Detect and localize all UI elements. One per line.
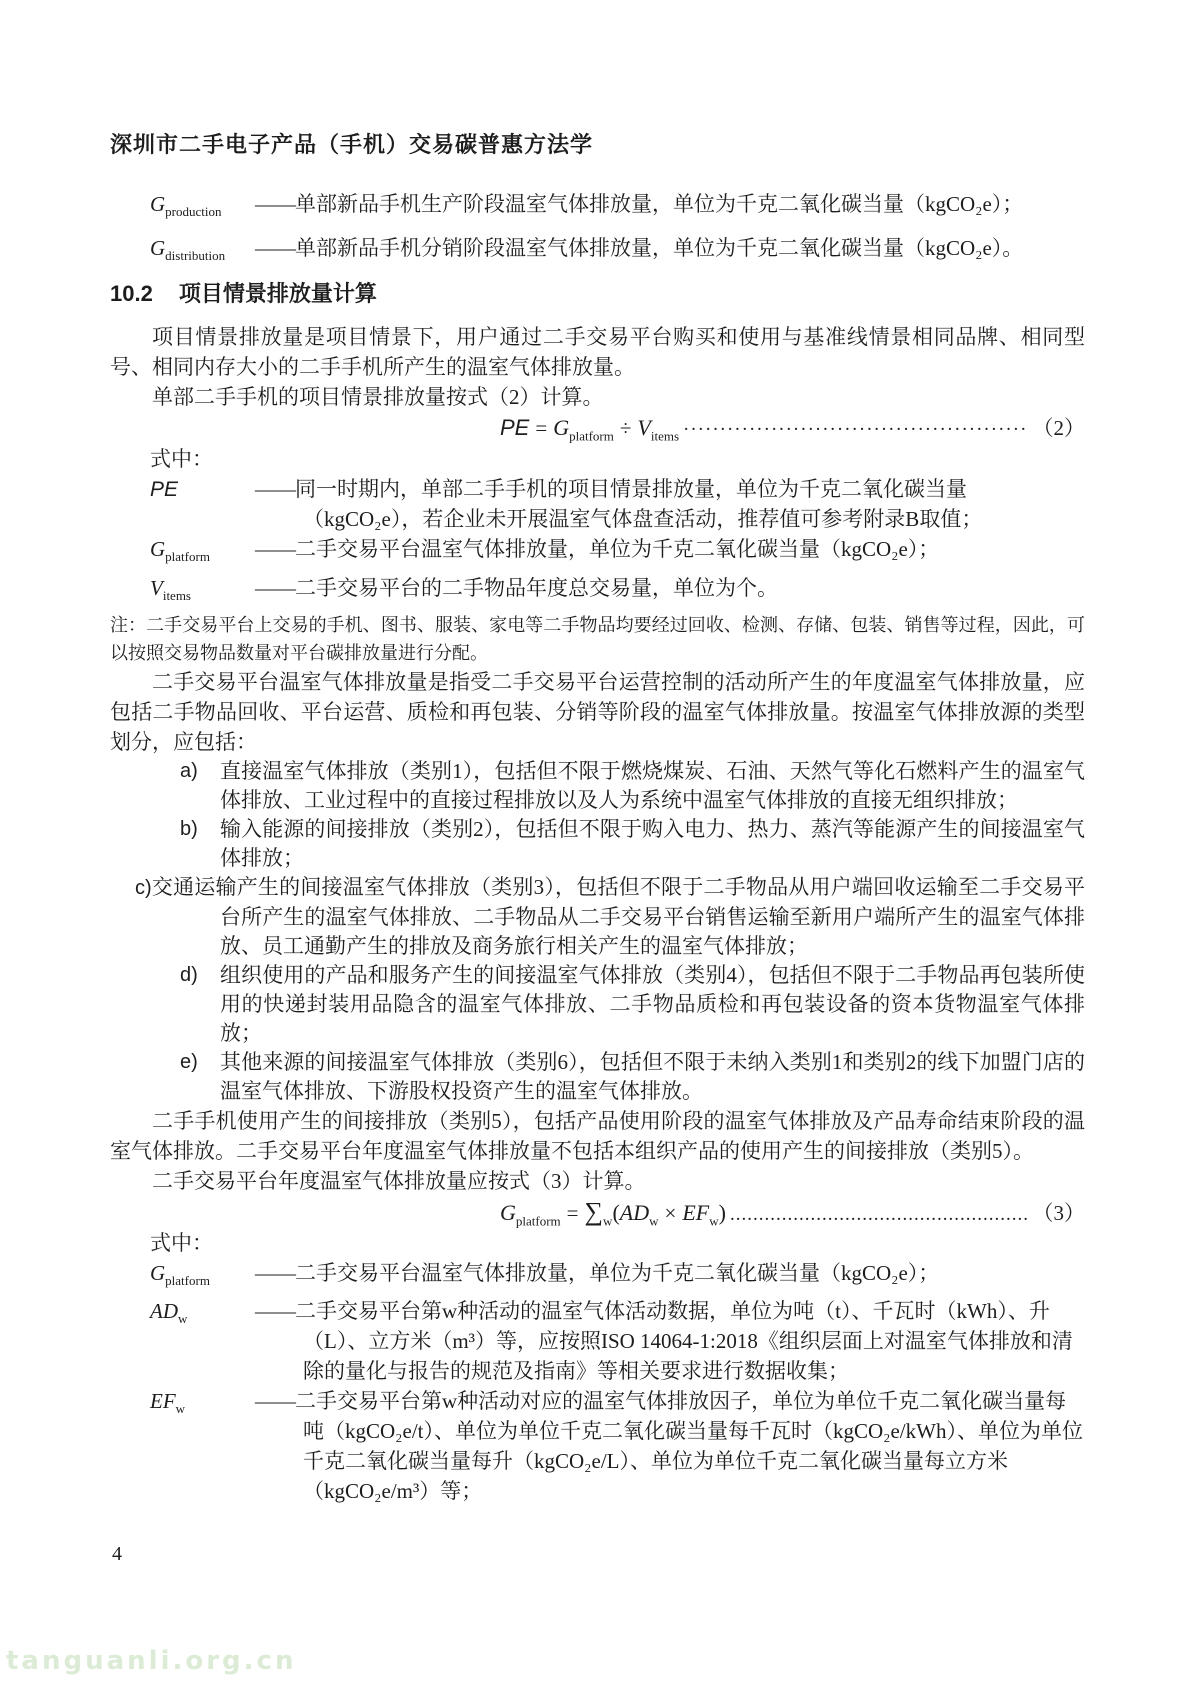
emission-category-list: a)直接温室气体排放（类别1），包括但不限于燃烧煤炭、石油、天然气等化石燃料产生… [110,757,1085,1106]
list-item-a: a)直接温室气体排放（类别1），包括但不限于燃烧煤炭、石油、天然气等化石燃料产生… [110,757,1085,815]
definition-row-g-production: Gproduction ——单部新品手机生产阶段温室气体排放量，单位为千克二氧化… [110,186,1085,230]
formula-3-term2: EF [682,1200,709,1225]
definition-body: 单部新品手机分销阶段温室气体排放量，单位为千克二氧化碳当量（kgCO₂e）。 [295,236,1023,260]
symbol-letter: PE [150,478,178,501]
definition-row-pe: PE ——同一时期内，单部二手手机的项目情景排放量，单位为千克二氧化碳当量（kg… [110,474,1085,534]
definition-text: ——单部新品手机分销阶段温室气体排放量，单位为千克二氧化碳当量（kgCO₂e）。 [255,230,1085,274]
symbol-letter: G [150,192,165,216]
formula-3-lhs-sub: platform [516,1213,561,1228]
symbol-subscript: w [176,1401,185,1416]
formula-2-term1: G [553,415,569,440]
document-page: 深圳市二手电子产品（手机）交易碳普惠方法学 Gproduction ——单部新品… [0,0,1190,1683]
symbol-ef-w: EFw [150,1386,255,1506]
symbol-g-distribution: Gdistribution [150,230,255,274]
formula-2-term2-sub: items [651,429,679,444]
definition-dash: —— [255,236,295,260]
page-number: 4 [112,1543,122,1566]
watermark-text: tanguanli.org.cn [6,1646,296,1676]
symbol-ad-w: ADw [150,1296,255,1386]
symbol-subscript: distribution [165,248,225,263]
definition-body: 二手交易平台第w种活动对应的温室气体排放因子，单位为单位千克二氧化碳当量每吨（k… [295,1389,1083,1503]
symbol-g-platform: Gplatform [150,1258,255,1296]
formula-3-lhs: G [500,1200,516,1225]
symbol-g-platform: Gplatform [150,534,255,572]
definition-body: 同一时期内，单部二手手机的项目情景排放量，单位为千克二氧化碳当量（kgCO₂e）… [295,477,982,531]
list-item-d: d)组织使用的产品和服务产生的间接温室气体排放（类别4），包括但不限于二手物品再… [110,961,1085,1048]
multiplication-sign: × [658,1201,682,1225]
symbol-letter: G [150,537,165,561]
definition-body: 单部新品手机生产阶段温室气体排放量，单位为千克二氧化碳当量（kgCO₂e）； [295,192,1023,216]
list-item-text: 交通运输产生的间接温室气体排放（类别3），包括但不限于二手物品从用户端回收运输至… [152,875,1085,958]
definition-row-g-platform-2: Gplatform ——二手交易平台温室气体排放量，单位为千克二氧化碳当量（kg… [110,1258,1085,1296]
dotted-leader: ········································… [683,414,1028,446]
symbol-subscript: production [165,204,221,219]
sum-symbol: ∑ [585,1197,604,1226]
list-marker: d) [180,961,198,990]
symbol-letter: V [150,576,163,600]
formula-2-lhs: PE [500,415,529,440]
definition-dash: —— [255,576,295,600]
definition-body: 二手交易平台温室气体排放量，单位为千克二氧化碳当量（kgCO₂e）； [295,1261,939,1285]
paragraph-project-scenario: 项目情景排放量是项目情景下，用户通过二手交易平台购买和使用与基准线情景相同品牌、… [110,322,1085,382]
list-item-text: 直接温室气体排放（类别1），包括但不限于燃烧煤炭、石油、天然气等化石燃料产生的温… [220,759,1085,812]
list-marker: e) [180,1048,198,1077]
dotted-leader: ........................................… [730,1199,1029,1231]
symbol-subscript: platform [165,550,210,565]
formula-2: PE=Gplatform÷Vitems ····················… [500,412,1085,444]
definition-row-ad-w: ADw ——二手交易平台第w种活动的温室气体活动数据，单位为吨（t）、千瓦时（k… [110,1296,1085,1386]
definition-text: ——二手交易平台的二手物品年度总交易量，单位为个。 [255,573,1085,611]
definition-body: 二手交易平台的二手物品年度总交易量，单位为个。 [295,576,778,600]
formula-3-expression: Gplatform=∑w(ADw×EFw) [500,1196,726,1237]
definition-text: ——同一时期内，单部二手手机的项目情景排放量，单位为千克二氧化碳当量（kgCO₂… [255,474,1085,534]
close-paren: ) [719,1200,726,1225]
definition-dash: —— [255,1261,295,1285]
symbol-letter: AD [150,1299,178,1323]
definition-dash: —— [255,477,295,501]
symbol-letter: G [150,1261,165,1285]
top-definitions: Gproduction ——单部新品手机生产阶段温室气体排放量，单位为千克二氧化… [110,186,1085,274]
definition-dash: —— [255,537,295,561]
open-paren: ( [612,1200,619,1225]
definition-text: ——二手交易平台温室气体排放量，单位为千克二氧化碳当量（kgCO₂e）； [255,1258,1085,1296]
symbol-letter: EF [150,1389,176,1413]
list-item-text: 组织使用的产品和服务产生的间接温室气体排放（类别4），包括但不限于二手物品再包装… [220,963,1085,1045]
definition-row-v-items: Vitems ——二手交易平台的二手物品年度总交易量，单位为个。 [110,573,1085,611]
definition-row-ef-w: EFw ——二手交易平台第w种活动对应的温室气体排放因子，单位为单位千克二氧化碳… [110,1386,1085,1506]
formula-2-expression: PE=Gplatform÷Vitems [500,412,679,452]
list-item-e: e)其他来源的间接温室气体排放（类别6），包括但不限于未纳入类别1和类别2的线下… [110,1048,1085,1106]
definition-row-g-platform: Gplatform ——二手交易平台温室气体排放量，单位为千克二氧化碳当量（kg… [110,534,1085,572]
definition-dash: —— [255,1299,295,1323]
list-marker: a) [180,757,198,786]
running-header: 深圳市二手电子产品（手机）交易碳普惠方法学 [110,130,1085,160]
list-item-text: 输入能源的间接排放（类别2），包括但不限于购入电力、热力、蒸汽等能源产生的间接温… [220,817,1085,870]
list-item-text: 其他来源的间接温室气体排放（类别6），包括但不限于未纳入类别1和类别2的线下加盟… [220,1050,1085,1103]
definition-row-g-distribution: Gdistribution ——单部新品手机分销阶段温室气体排放量，单位为千克二… [110,230,1085,274]
paragraph-category5: 二手手机使用产生的间接排放（类别5），包括产品使用阶段的温室气体排放及产品寿命结… [110,1106,1085,1166]
definition-text: ——二手交易平台第w种活动对应的温室气体排放因子，单位为单位千克二氧化碳当量每吨… [255,1386,1085,1506]
definition-body: 二手交易平台第w种活动的温室气体活动数据，单位为吨（t）、千瓦时（kWh）、升（… [295,1299,1073,1383]
equals-sign: = [561,1201,585,1225]
formula-2-term1-sub: platform [569,429,614,444]
list-marker: b) [180,815,198,844]
definition-text: ——单部新品手机生产阶段温室气体排放量，单位为千克二氧化碳当量（kgCO₂e）； [255,186,1085,230]
symbol-g-production: Gproduction [150,186,255,230]
list-item-c: c)交通运输产生的间接温室气体排放（类别3），包括但不限于二手物品从用户端回收运… [110,873,1085,961]
definition-body: 二手交易平台温室气体排放量，单位为千克二氧化碳当量（kgCO₂e）； [295,537,939,561]
formula-2-term2: V [637,415,650,440]
formula-3-number: （3） [1033,1197,1086,1229]
symbol-subscript: w [178,1311,187,1326]
symbol-v-items: Vitems [150,573,255,611]
note-text: 注：二手交易平台上交易的手机、图书、服装、家电等二手物品均要经过回收、检测、存储… [110,611,1085,667]
page-title: 深圳市二手电子产品（手机）交易碳普惠方法学 [110,132,593,157]
symbol-letter: G [150,236,165,260]
symbol-subscript: items [163,588,191,603]
list-item-b: b)输入能源的间接排放（类别2），包括但不限于购入电力、热力、蒸汽等能源产生的间… [110,815,1085,873]
formula-2-number: （2） [1033,412,1086,444]
list-marker: c) [135,877,152,899]
symbol-pe: PE [150,474,255,534]
section-heading: 10.2项目情景排放量计算 [110,278,1085,310]
definition-text: ——二手交易平台温室气体排放量，单位为千克二氧化碳当量（kgCO₂e）； [255,534,1085,572]
formula-3-term1: AD [620,1200,649,1225]
paragraph-platform-emissions: 二手交易平台温室气体排放量是指受二手交易平台运营控制的活动所产生的年度温室气体排… [110,667,1085,757]
formula-3-term2-sub: w [709,1213,718,1228]
section-number: 10.2 [110,281,153,306]
definition-dash: —— [255,192,295,216]
paragraph-formula2-intro: 单部二手手机的项目情景排放量按式（2）计算。 [110,382,1085,412]
paragraph-formula3-intro: 二手交易平台年度温室气体排放量应按式（3）计算。 [110,1166,1085,1196]
symbol-subscript: platform [165,1273,210,1288]
formula-3: Gplatform=∑w(ADw×EFw) ..................… [500,1196,1085,1228]
section-title: 项目情景排放量计算 [179,281,377,306]
equals-sign: = [529,416,553,440]
definition-dash: —— [255,1389,295,1413]
division-sign: ÷ [614,416,638,440]
definition-text: ——二手交易平台第w种活动的温室气体活动数据，单位为吨（t）、千瓦时（kWh）、… [255,1296,1085,1386]
